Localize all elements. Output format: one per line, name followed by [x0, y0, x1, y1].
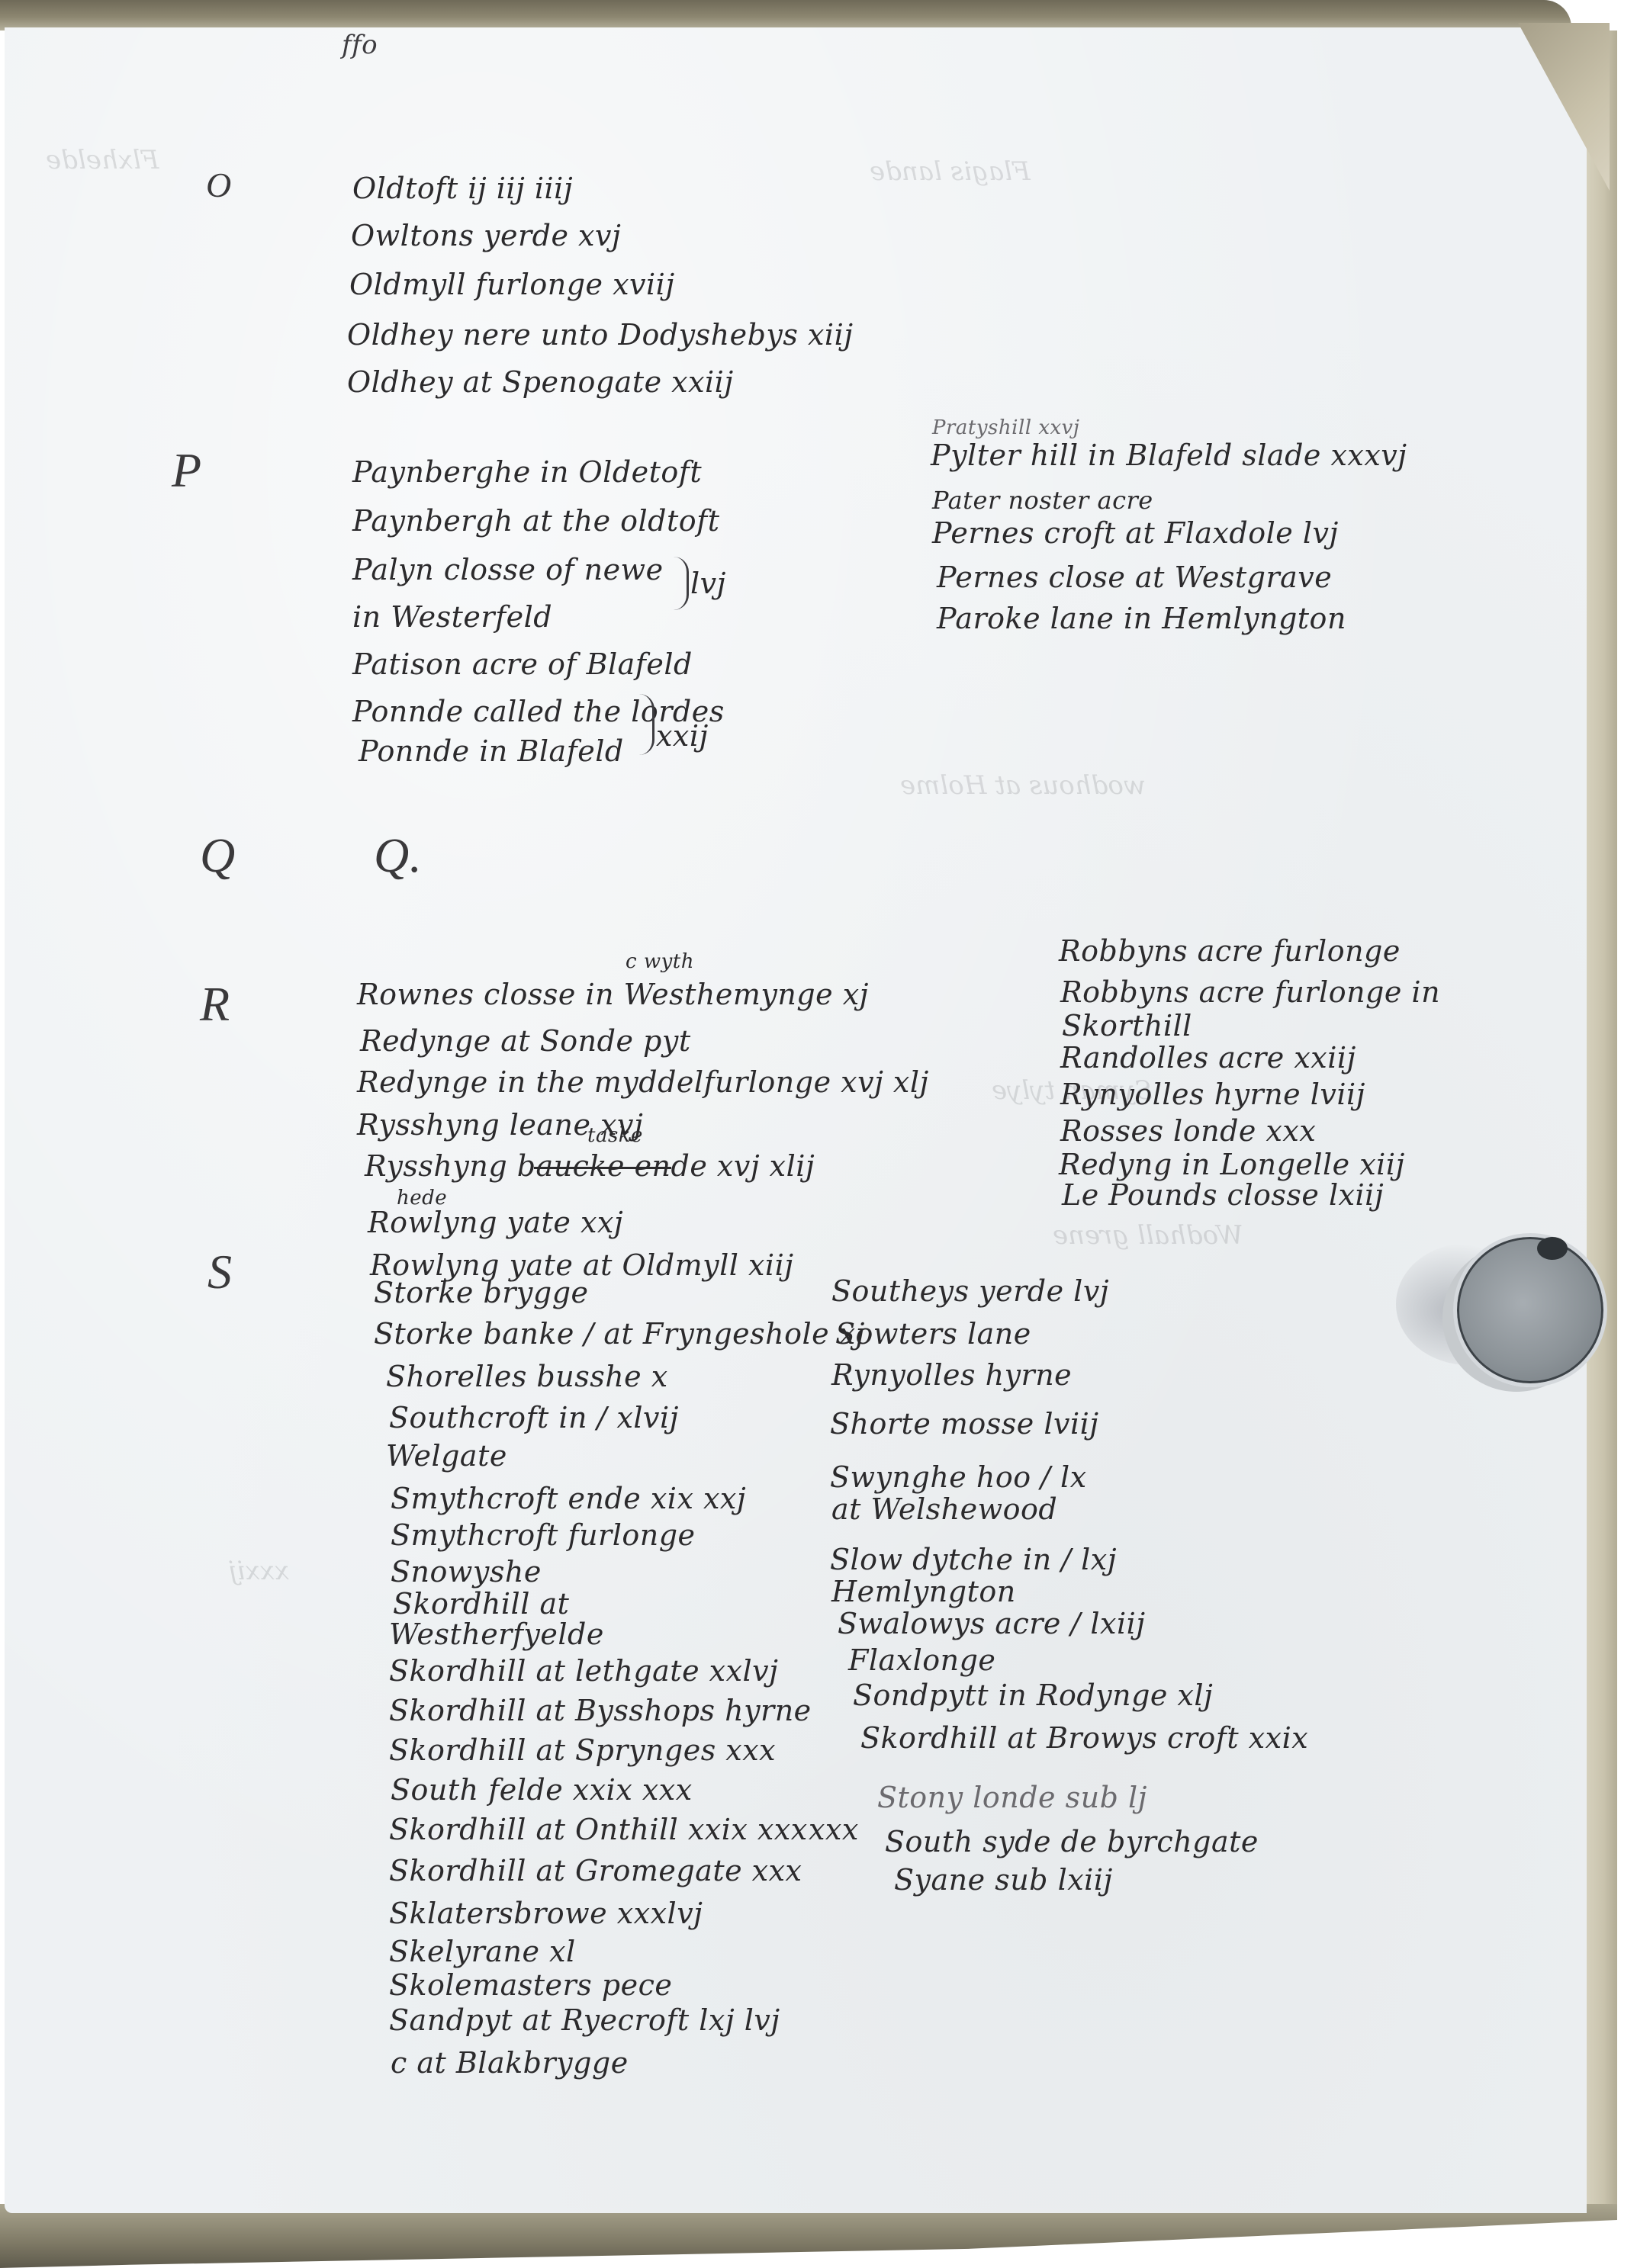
entry-s-16: Skordhill at Gromegate xxx — [389, 1856, 802, 1885]
entry-p-right-4: Pernes croft at Flaxdole lvj — [932, 519, 1339, 548]
strikethrough — [534, 1167, 671, 1169]
entry-s-right-13: Stony londe sub lj — [877, 1783, 1147, 1812]
entry-s-right-10: Flaxlonge — [848, 1646, 995, 1675]
entry-r-right-4: Randolles acre xxiij — [1060, 1043, 1356, 1072]
entry-s-5: Welgate — [386, 1441, 507, 1470]
entry-r-right-7: Redyng in Longelle xiij — [1059, 1150, 1405, 1179]
entry-s-right-15: Syane sub lxiij — [894, 1865, 1113, 1894]
entry-p-4: in Westerfeld — [352, 602, 552, 631]
entry-s-18: Skelyrane xl — [389, 1937, 576, 1966]
entry-p-right-3: Pater noster acre — [932, 488, 1153, 512]
page-top-edge — [0, 0, 1571, 31]
entry-s-right-2: Sowters lane — [835, 1319, 1031, 1348]
entry-r-5: Rysshyng baucke ende xvj xlij — [365, 1152, 815, 1181]
entry-s-21: c at Blakbrygge — [391, 2048, 629, 2077]
section-letter-q-second: Q. — [374, 831, 422, 880]
bracket — [637, 694, 654, 755]
show-through-text: wodhous at Holme — [900, 770, 1146, 801]
entry-s-2: Storke banke / at Fryngeshole xj — [374, 1319, 865, 1348]
entry-s-3: Shorelles busshe x — [386, 1362, 668, 1391]
section-letter-s: S — [207, 1248, 233, 1296]
page-bottom-edge — [0, 2204, 1617, 2268]
entry-s-right-5: Swynghe hoo / lx — [830, 1463, 1087, 1492]
entry-s-12: Skordhill at Bysshops hyrne — [389, 1696, 812, 1725]
entry-r-1: Rownes closse in Westhemynge xj — [357, 980, 869, 1009]
entry-p-right-5: Pernes close at Westgrave — [937, 563, 1332, 592]
section-letter-o: O — [206, 168, 232, 203]
interlinear-note: c wyth — [626, 952, 694, 972]
bracket-value: xxij — [656, 721, 709, 750]
show-through-text: xxxij — [229, 1556, 289, 1586]
entry-r-right-6: Rosses londe xxx — [1060, 1116, 1316, 1145]
interlinear-note: taske — [587, 1126, 643, 1145]
entry-s-13: Skordhill at Sprynges xxx — [389, 1736, 776, 1765]
entry-o-4: Oldhey nere unto Dodyshebys xiij — [347, 320, 854, 349]
entry-p-right-2: Pylter hill in Blafeld slade xxxvj — [931, 441, 1407, 470]
bracket-value: lvj — [690, 569, 726, 598]
entry-s-6: Smythcroft ende xix xxj — [391, 1484, 746, 1513]
entry-s-14: South felde xxix xxx — [391, 1775, 693, 1804]
entry-p-1: Paynberghe in Oldetoft — [352, 458, 702, 487]
show-through-text: Wodhall grene — [1053, 1220, 1243, 1251]
entry-s-9: Skordhill at — [393, 1589, 569, 1618]
folio-mark: ffo — [342, 32, 378, 58]
entry-s-right-7: Slow dytche in / lxj — [830, 1545, 1117, 1574]
entry-s-right-1: Southeys yerde lvj — [831, 1277, 1109, 1306]
entry-p-5: Patison acre of Blafeld — [352, 650, 693, 679]
entry-p-3: Palyn closse of newe — [352, 555, 664, 584]
page-right-edge — [1584, 31, 1617, 2204]
entry-s-right-3: Rynyolles hyrne — [831, 1360, 1072, 1389]
entry-s-19: Skolemasters pece — [389, 1971, 672, 2000]
entry-s-right-12: Skordhill at Browys croft xxix — [860, 1723, 1308, 1752]
entry-s-11: Skordhill at lethgate xxlvj — [389, 1656, 778, 1685]
margin-value: xxx — [809, 1815, 859, 1844]
entry-s-4: Southcroft in / xlvij — [389, 1403, 679, 1432]
entry-r-right-8: Le Pounds closse lxiij — [1062, 1181, 1384, 1209]
metal-disk-weight — [1453, 1233, 1607, 1387]
entry-r-3: Redynge in the myddelfurlonge xvj xlj — [357, 1068, 929, 1097]
show-through-text: Flxhelde — [46, 145, 159, 175]
entry-s-right-6: at Welshewood — [831, 1495, 1057, 1524]
entry-o-3: Oldmyll furlonge xviij — [349, 270, 675, 299]
entry-p-7: Ponnde in Blafeld — [359, 737, 624, 766]
entry-s-right-14: South syde de byrchgate — [885, 1827, 1259, 1856]
show-through-text: Flagis lande — [870, 156, 1031, 187]
section-letter-p: P — [172, 446, 202, 495]
entry-r-right-3: Skorthill — [1062, 1011, 1192, 1040]
entry-p-right-1: Pratyshill xxvj — [932, 418, 1079, 438]
entry-p-right-6: Paroke lane in Hemlyngton — [937, 604, 1346, 633]
section-letter-q: Q — [200, 831, 236, 880]
entry-r-right-5: Rynyolles hyrne lviij — [1060, 1080, 1365, 1109]
entry-s-20: Sandpyt at Ryecroft lxj lvj — [389, 2006, 780, 2035]
bracket — [671, 557, 689, 610]
entry-s-8: Snowyshe — [391, 1557, 542, 1586]
entry-s-1: Storke brygge — [374, 1278, 589, 1307]
entry-s-right-9: Swalowys acre / lxiij — [838, 1609, 1146, 1638]
entry-s-7: Smythcroft furlonge — [391, 1521, 696, 1550]
entry-s-10: Westherfyelde — [389, 1620, 604, 1649]
entry-r-right-2: Robbyns acre furlonge in — [1060, 978, 1440, 1007]
section-letter-r: R — [200, 980, 230, 1029]
entry-r-right-1: Robbyns acre furlonge — [1059, 936, 1401, 965]
entry-s-right-4: Shorte mosse lviij — [830, 1409, 1099, 1438]
entry-s-right-8: Hemlyngton — [831, 1577, 1016, 1606]
entry-r-2: Redynge at Sonde pyt — [360, 1026, 691, 1055]
entry-s-17: Sklatersbrowe xxxlvj — [389, 1899, 703, 1928]
entry-o-2: Owltons yerde xvj — [351, 221, 621, 250]
entry-o-1: Oldtoft ij iij iiij — [352, 174, 573, 203]
disk-tarnish-spot — [1537, 1237, 1568, 1260]
entry-p-2: Paynbergh at the oldtoft — [352, 506, 719, 535]
entry-s-right-11: Sondpytt in Rodynge xlj — [853, 1681, 1213, 1710]
entry-r-6: Rowlyng yate xxj — [368, 1208, 623, 1237]
entry-s-15: Skordhill at Onthill xxix xxx — [389, 1815, 808, 1844]
entry-o-5: Oldhey at Spenogate xxiij — [347, 368, 734, 397]
